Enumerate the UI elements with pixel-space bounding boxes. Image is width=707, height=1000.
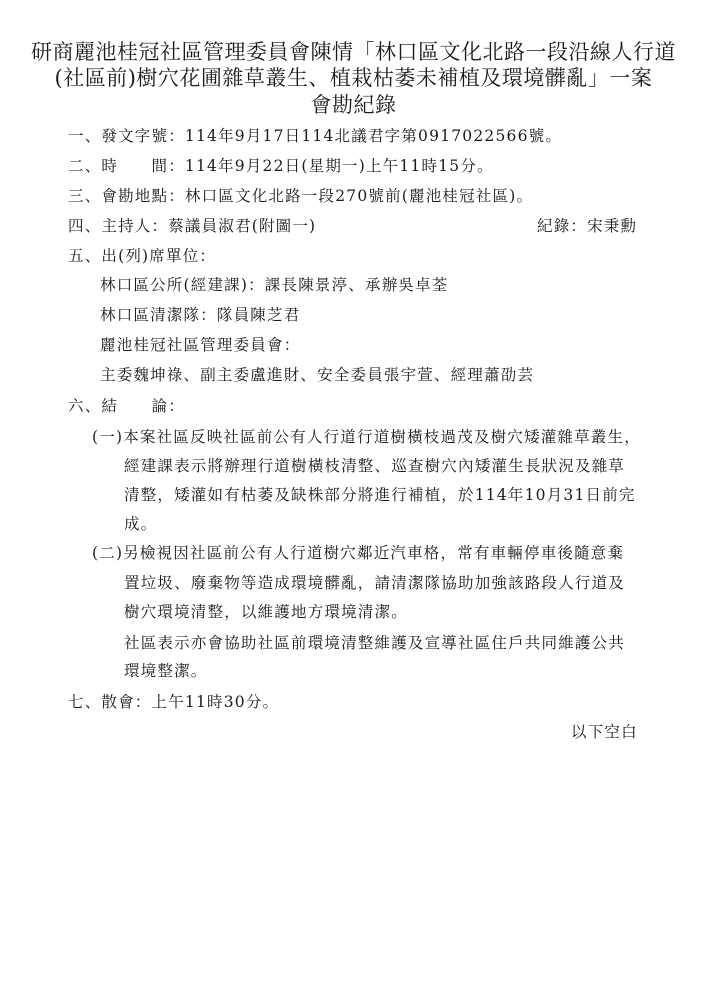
end-note: 以下空白 [571, 722, 638, 742]
section-adjourn: 七、散會：上午11時30分。 [68, 692, 279, 712]
section-location: 三、會勘地點：林口區文化北路一段270號前(麗池桂冠社區)。 [68, 186, 533, 206]
section-document-number: 一、發文字號：114年9月17日114北議君字第0917022566號。 [68, 126, 562, 146]
conclusion-2-line: 環境整潔。 [124, 661, 208, 681]
attendee-line: 麗池桂冠社區管理委員會： [100, 335, 300, 355]
conclusion-2-line: 社區表示亦會協助社區前環境清整維護及宣導社區住戶共同維護公共 [124, 633, 625, 653]
conclusion-2-line: (二)另檢視因社區前公有人行道樹穴鄰近汽車格，常有車輛停車後隨意棄 [92, 543, 624, 563]
conclusion-2-line: 置垃圾、廢棄物等造成環境髒亂，請清潔隊協助加強該路段人行道及 [124, 573, 625, 593]
conclusion-1-line: (一)本案社區反映社區前公有人行道行道樹橫枝過茂及樹穴矮灌雜草叢生， [92, 427, 641, 447]
title-line-2: (社區前)樹穴花圃雜草叢生、植栽枯萎未補植及環境髒亂」一案 [0, 65, 707, 91]
conclusion-1-line: 經建課表示將辦理行道樹橫枝清整、巡查樹穴內矮灌生長狀況及雜草 [124, 456, 625, 476]
attendee-line: 主委魏坤祿、副主委盧進財、安全委員張宇萱、經理蕭劭芸 [100, 365, 534, 385]
conclusion-1-line: 清整，矮灌如有枯萎及缺株部分將進行補植，於114年10月31日前完 [124, 485, 636, 505]
attendee-line: 林口區清潔隊：隊員陳芝君 [100, 305, 300, 325]
section-conclusion: 六、結 論： [68, 396, 185, 416]
title-line-3: 會勘紀錄 [0, 92, 707, 118]
title-line-1: 研商麗池桂冠社區管理委員會陳情「林口區文化北路一段沿線人行道 [0, 39, 707, 65]
conclusion-1-line: 成。 [124, 514, 157, 534]
conclusion-2-line: 樹穴環境清整，以維護地方環境清潔。 [124, 602, 408, 622]
section-host: 四、主持人：蔡議員淑君(附圖一) [68, 216, 316, 236]
section-attendees: 五、出(列)席單位： [68, 246, 216, 266]
attendee-line: 林口區公所(經建課)：課長陳景渟、承辦吳卓荃 [100, 275, 449, 295]
section-time: 二、時 間：114年9月22日(星期一)上午11時15分。 [68, 156, 494, 176]
recorder: 紀錄：宋秉勳 [537, 216, 637, 236]
